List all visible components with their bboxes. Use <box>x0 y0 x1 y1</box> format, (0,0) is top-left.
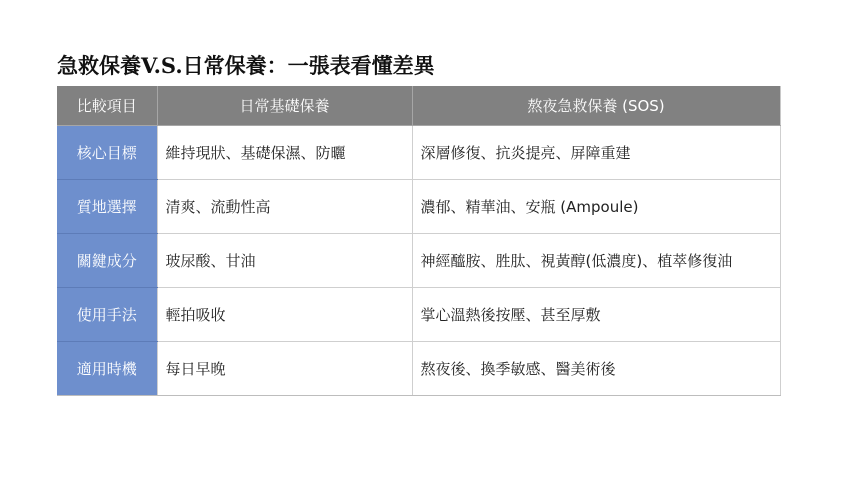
sos-cell: 深層修復、抗炎提亮、屏障重建 <box>412 126 780 180</box>
row-label: 適用時機 <box>57 342 157 396</box>
table-row: 關鍵成分 玻尿酸、甘油 神經醯胺、胜肽、視黃醇(低濃度)、植萃修復油 <box>57 234 780 288</box>
daily-cell: 清爽、流動性高 <box>157 180 412 234</box>
table-row: 質地選擇 清爽、流動性高 濃郁、精華油、安瓶 (Ampoule) <box>57 180 780 234</box>
sos-cell: 濃郁、精華油、安瓶 (Ampoule) <box>412 180 780 234</box>
sos-cell: 熬夜後、換季敏感、醫美術後 <box>412 342 780 396</box>
sos-cell: 神經醯胺、胜肽、視黃醇(低濃度)、植萃修復油 <box>412 234 780 288</box>
daily-cell: 維持現狀、基礎保濕、防曬 <box>157 126 412 180</box>
comparison-table: 比較項目 日常基礎保養 熬夜急救保養 (SOS) 核心目標 維持現狀、基礎保濕、… <box>57 86 781 396</box>
table-row: 適用時機 每日早晚 熬夜後、換季敏感、醫美術後 <box>57 342 780 396</box>
header-daily-care: 日常基礎保養 <box>157 86 412 126</box>
row-label: 核心目標 <box>57 126 157 180</box>
page-title: 急救保養V.S.日常保養：一張表看懂差異 <box>57 52 435 80</box>
daily-cell: 輕拍吸收 <box>157 288 412 342</box>
header-item: 比較項目 <box>57 86 157 126</box>
table-row: 使用手法 輕拍吸收 掌心溫熱後按壓、甚至厚敷 <box>57 288 780 342</box>
row-label: 質地選擇 <box>57 180 157 234</box>
daily-cell: 每日早晚 <box>157 342 412 396</box>
daily-cell: 玻尿酸、甘油 <box>157 234 412 288</box>
row-label: 關鍵成分 <box>57 234 157 288</box>
table-row: 核心目標 維持現狀、基礎保濕、防曬 深層修復、抗炎提亮、屏障重建 <box>57 126 780 180</box>
row-label: 使用手法 <box>57 288 157 342</box>
table-header-row: 比較項目 日常基礎保養 熬夜急救保養 (SOS) <box>57 86 780 126</box>
sos-cell: 掌心溫熱後按壓、甚至厚敷 <box>412 288 780 342</box>
header-sos-care: 熬夜急救保養 (SOS) <box>412 86 780 126</box>
